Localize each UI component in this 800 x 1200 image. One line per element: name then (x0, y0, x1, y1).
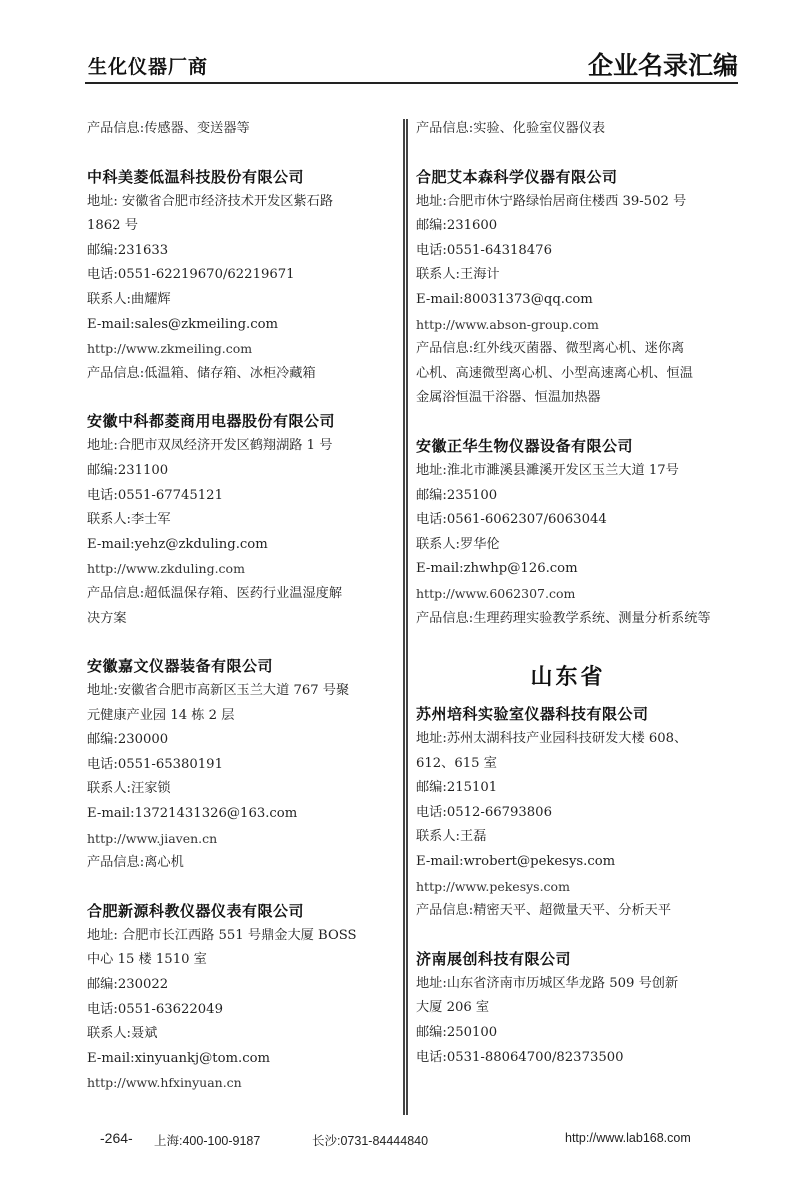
address-line: 地址:淮北市濉溪县濉溪开发区玉兰大道 17号 (416, 459, 740, 484)
company-name: 安徽中科都菱商用电器股份有限公司 (87, 408, 399, 434)
company-name: 济南展创科技有限公司 (416, 946, 740, 972)
phone-number: 电话:0551-64318476 (416, 239, 740, 264)
address-line: 地址:苏州太湖科技产业园科技研发大楼 608、 (416, 727, 740, 752)
address-line: 1862 号 (87, 214, 399, 239)
address-line: 地址: 合肥市长江西路 551 号鼎金大厦 BOSS (87, 924, 399, 949)
email-address[interactable]: E-mail:wrobert@pekesys.com (416, 850, 740, 875)
postcode: 邮编:231600 (416, 214, 740, 239)
address-line: 大厦 206 室 (416, 996, 740, 1021)
email-address[interactable]: E-mail:13721431326@163.com (87, 802, 399, 827)
carryover-product-info: 产品信息:实验、化验室仪器仪表 (416, 117, 740, 142)
phone-number: 电话:0512-66793806 (416, 801, 740, 826)
company-entry: 苏州培科实验室仪器科技有限公司地址:苏州太湖科技产业园科技研发大楼 608、61… (416, 701, 740, 924)
website-link[interactable]: http://www.zkduling.com (87, 557, 399, 582)
contact-person: 联系人:李士军 (87, 508, 399, 533)
website-link[interactable]: http://www.hfxinyuan.cn (87, 1071, 399, 1096)
contact-person: 联系人:罗华伦 (416, 533, 740, 558)
product-info-line: 产品信息:离心机 (87, 851, 399, 876)
email-address[interactable]: E-mail:xinyuankj@tom.com (87, 1047, 399, 1072)
product-info-line: 金属浴恒温干浴器、恒温加热器 (416, 386, 740, 411)
company-entry: 安徽中科都菱商用电器股份有限公司地址:合肥市双凤经济开发区鹤翔湖路 1 号邮编:… (87, 408, 399, 631)
email-address[interactable]: E-mail:zhwhp@126.com (416, 557, 740, 582)
address-line: 中心 15 楼 1510 室 (87, 948, 399, 973)
company-entry: 中科美菱低温科技股份有限公司地址: 安徽省合肥市经济技术开发区紫石路1862 号… (87, 164, 399, 387)
company-entry: 安徽嘉文仪器装备有限公司地址:安徽省合肥市高新区玉兰大道 767 号聚元健康产业… (87, 653, 399, 876)
product-info-line: 产品信息:生理药理实验教学系统、测量分析系统等 (416, 607, 740, 632)
header-rule (85, 82, 738, 84)
address-line: 地址:安徽省合肥市高新区玉兰大道 767 号聚 (87, 679, 399, 704)
company-name: 安徽正华生物仪器设备有限公司 (416, 433, 740, 459)
phone-number: 电话:0551-62219670/62219671 (87, 263, 399, 288)
product-info-line: 产品信息:精密天平、超微量天平、分析天平 (416, 899, 740, 924)
company-name: 安徽嘉文仪器装备有限公司 (87, 653, 399, 679)
right-entries-after-province: 苏州培科实验室仪器科技有限公司地址:苏州太湖科技产业园科技研发大楼 608、61… (416, 701, 740, 1070)
postcode: 邮编:231100 (87, 459, 399, 484)
left-entries: 中科美菱低温科技股份有限公司地址: 安徽省合肥市经济技术开发区紫石路1862 号… (87, 164, 399, 1096)
shanghai-phone: 上海:400-100-9187 (154, 1131, 260, 1149)
phone-number: 电话:0561-6062307/6063044 (416, 508, 740, 533)
website-link[interactable]: http://www.pekesys.com (416, 875, 740, 900)
company-name: 合肥艾本森科学仪器有限公司 (416, 164, 740, 190)
company-name: 中科美菱低温科技股份有限公司 (87, 164, 399, 190)
website-link[interactable]: http://www.jiaven.cn (87, 827, 399, 852)
page-footer: -264- 上海:400-100-9187 长沙:0731-84444840 h… (0, 1131, 800, 1151)
postcode: 邮编:231633 (87, 239, 399, 264)
postcode: 邮编:235100 (416, 484, 740, 509)
address-line: 地址:合肥市休宁路绿怡居商住楼西 39-502 号 (416, 190, 740, 215)
phone-number: 电话:0551-67745121 (87, 484, 399, 509)
province-heading: 山东省 (416, 663, 740, 693)
contact-person: 联系人:聂斌 (87, 1022, 399, 1047)
contact-person: 联系人:曲耀辉 (87, 288, 399, 313)
website-link[interactable]: http://www.6062307.com (416, 582, 740, 607)
product-info-line: 决方案 (87, 607, 399, 632)
phone-number: 电话:0531-88064700/82373500 (416, 1046, 740, 1071)
company-entry: 济南展创科技有限公司地址:山东省济南市历城区华龙路 509 号创新大厦 206 … (416, 946, 740, 1070)
right-entries-before-province: 合肥艾本森科学仪器有限公司地址:合肥市休宁路绿怡居商住楼西 39-502 号邮编… (416, 164, 740, 632)
company-name: 苏州培科实验室仪器科技有限公司 (416, 701, 740, 727)
email-address[interactable]: E-mail:yehz@zkduling.com (87, 533, 399, 558)
postcode: 邮编:215101 (416, 776, 740, 801)
company-entry: 合肥艾本森科学仪器有限公司地址:合肥市休宁路绿怡居商住楼西 39-502 号邮编… (416, 164, 740, 411)
product-info-line: 产品信息:红外线灭菌器、微型离心机、迷你离 (416, 337, 740, 362)
website-link[interactable]: http://www.zkmeiling.com (87, 337, 399, 362)
carryover-product-info: 产品信息:传感器、变送器等 (87, 117, 399, 142)
contact-person: 联系人:汪家锁 (87, 777, 399, 802)
address-line: 地址:山东省济南市历城区华龙路 509 号创新 (416, 972, 740, 997)
address-line: 地址:合肥市双凤经济开发区鹤翔湖路 1 号 (87, 434, 399, 459)
contact-person: 联系人:王磊 (416, 825, 740, 850)
postcode: 邮编:230022 (87, 973, 399, 998)
footer-website-link[interactable]: http://www.lab168.com (565, 1131, 691, 1145)
address-line: 612、615 室 (416, 752, 740, 777)
product-info-line: 心机、高速微型离心机、小型高速离心机、恒温 (416, 362, 740, 387)
phone-number: 电话:0551-65380191 (87, 753, 399, 778)
column-divider (403, 119, 408, 1115)
address-line: 地址: 安徽省合肥市经济技术开发区紫石路 (87, 190, 399, 215)
postcode: 邮编:250100 (416, 1021, 740, 1046)
company-entry: 安徽正华生物仪器设备有限公司地址:淮北市濉溪县濉溪开发区玉兰大道 17号邮编:2… (416, 433, 740, 631)
company-entry: 合肥新源科教仪器仪表有限公司地址: 合肥市长江西路 551 号鼎金大厦 BOSS… (87, 898, 399, 1096)
section-title: 生化仪器厂商 (88, 52, 208, 79)
company-name: 合肥新源科教仪器仪表有限公司 (87, 898, 399, 924)
changsha-phone: 长沙:0731-84444840 (312, 1131, 428, 1149)
postcode: 邮编:230000 (87, 728, 399, 753)
right-column: 产品信息:实验、化验室仪器仪表 合肥艾本森科学仪器有限公司地址:合肥市休宁路绿怡… (416, 117, 740, 1070)
email-address[interactable]: E-mail:80031373@qq.com (416, 288, 740, 313)
contact-person: 联系人:王海计 (416, 263, 740, 288)
product-info-line: 产品信息:低温箱、储存箱、冰柜冷藏箱 (87, 362, 399, 387)
left-column: 产品信息:传感器、变送器等 中科美菱低温科技股份有限公司地址: 安徽省合肥市经济… (87, 117, 399, 1096)
phone-number: 电话:0551-63622049 (87, 998, 399, 1023)
page-number: -264- (100, 1130, 133, 1146)
product-info-line: 产品信息:超低温保存箱、医药行业温湿度解 (87, 582, 399, 607)
website-link[interactable]: http://www.abson-group.com (416, 313, 740, 338)
book-title: 企业名录汇编 (588, 46, 738, 82)
email-address[interactable]: E-mail:sales@zkmeiling.com (87, 313, 399, 338)
address-line: 元健康产业园 14 栋 2 层 (87, 704, 399, 729)
